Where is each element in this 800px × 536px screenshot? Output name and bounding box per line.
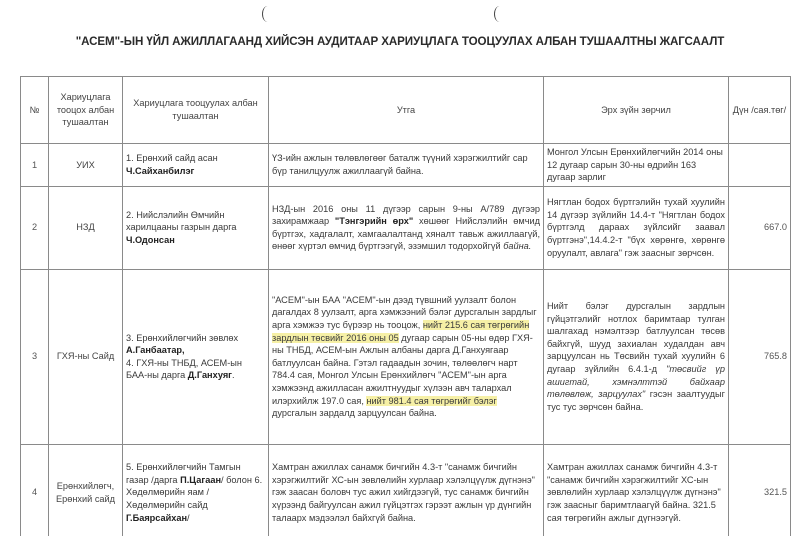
table-header-row: № Хариуцлага тооцох албан тушаалтан Хари… xyxy=(21,77,791,144)
responsible-name: А.Ганбаатар, xyxy=(126,344,265,357)
cell-org: Ерөнхийлөгч, Ерөнхий сайд xyxy=(49,444,123,536)
cell-amount: 765.8 xyxy=(729,269,791,444)
header-responsible: Хариуцлага тооцуулах албан тушаалтан xyxy=(123,77,269,144)
responsible-name: Ч.Одонсан xyxy=(126,234,265,247)
punch-hole-mark-right xyxy=(494,6,505,22)
cell-responsible: 1. Ерөнхий сайд асан Ч.Сайханбилэг xyxy=(123,144,269,187)
cell-finding: ҮЗ-ийн ажлын төлөвлөгөөг баталж түүний х… xyxy=(269,144,544,187)
header-violation: Эрх зүйн зөрчил xyxy=(544,77,729,144)
header-no: № xyxy=(21,77,49,144)
cell-violation: Монгол Улсын Ерөнхийлөгчийн 2014 оны 12 … xyxy=(544,144,729,187)
accountability-table: № Хариуцлага тооцох албан тушаалтан Хари… xyxy=(20,76,791,536)
cell-org: ГХЯ-ны Сайд xyxy=(49,269,123,444)
header-finding: Утга xyxy=(269,77,544,144)
responsible-line: 2. Нийслэлийн Өмчийн харилцааны газрын д… xyxy=(126,209,265,234)
cell-amount: 321.5 xyxy=(729,444,791,536)
cell-finding: НЗД-ын 2016 оны 11 дүгээр сарын 9-ны А/7… xyxy=(269,186,544,269)
responsible-text: / xyxy=(187,513,190,523)
responsible-name: Ч.Сайханбилэг xyxy=(126,165,265,178)
cell-violation: Нийт бэлэг дурсгалын зардлын гүйцэтгэлий… xyxy=(544,269,729,444)
cell-responsible: 5. Ерөнхийлөгчийн Тамгын газар /дарга П.… xyxy=(123,444,269,536)
cell-amount xyxy=(729,144,791,187)
cell-finding: "АСЕМ"-ын БАА "АСЕМ"-ын дээд түвшний уул… xyxy=(269,269,544,444)
page-title: "АСЕМ"-ЫН ҮЙЛ АЖИЛЛАГААНД ХИЙСЭН АУДИТАА… xyxy=(0,35,800,48)
responsible-punct: . xyxy=(232,370,235,380)
table-row: 1 УИХ 1. Ерөнхий сайд асан Ч.Сайханбилэг… xyxy=(21,144,791,187)
cell-no: 4 xyxy=(21,444,49,536)
punch-hole-mark-left xyxy=(262,6,273,22)
cell-org: УИХ xyxy=(49,144,123,187)
finding-highlight: нийт 981.4 сая төгрөгийг бэлэг xyxy=(366,396,496,406)
cell-no: 2 xyxy=(21,186,49,269)
finding-italic: байна. xyxy=(503,241,531,251)
responsible-name: П.Цагаан xyxy=(180,475,221,485)
cell-no: 3 xyxy=(21,269,49,444)
cell-org: НЗД xyxy=(49,186,123,269)
responsible-line: 1. Ерөнхий сайд асан xyxy=(126,152,265,165)
table-row: 2 НЗД 2. Нийслэлийн Өмчийн харилцааны га… xyxy=(21,186,791,269)
cell-no: 1 xyxy=(21,144,49,187)
cell-responsible: 2. Нийслэлийн Өмчийн харилцааны газрын д… xyxy=(123,186,269,269)
finding-bold: "Тэнгэрийн өрх" xyxy=(335,216,413,226)
finding-text: дурсгалын зардалд зарцуулсан байна. xyxy=(272,408,437,418)
finding-text: дугаар сарын 05-ны өдөр ГХЯ-ны ТНБД, АСЕ… xyxy=(272,333,533,406)
responsible-line: 4. ГХЯ-ны ТНБД, АСЕМ-ын БАА-ны дарга Д.Г… xyxy=(126,357,265,382)
responsible-name: Г.Баярсайхан xyxy=(126,513,187,523)
cell-finding: Хамтран ажиллах санамж бичгийн 4.3-т "са… xyxy=(269,444,544,536)
cell-violation: Хамтран ажиллах санамж бичгийн 4.3-т "са… xyxy=(544,444,729,536)
responsible-line: 3. Ерөнхийлөгчийн зөвлөх xyxy=(126,332,265,345)
cell-amount: 667.0 xyxy=(729,186,791,269)
responsible-name: Д.Ганхуяг xyxy=(188,370,232,380)
table-row: 3 ГХЯ-ны Сайд 3. Ерөнхийлөгчийн зөвлөх А… xyxy=(21,269,791,444)
table-row: 4 Ерөнхийлөгч, Ерөнхий сайд 5. Ерөнхийлө… xyxy=(21,444,791,536)
header-amount: Дүн /сая.төг/ xyxy=(729,77,791,144)
cell-responsible: 3. Ерөнхийлөгчийн зөвлөх А.Ганбаатар, 4.… xyxy=(123,269,269,444)
cell-violation: Нягтлан бодох бүртгэлийн тухай хуулийн 1… xyxy=(544,186,729,269)
header-org: Хариуцлага тооцох албан тушаалтан xyxy=(49,77,123,144)
